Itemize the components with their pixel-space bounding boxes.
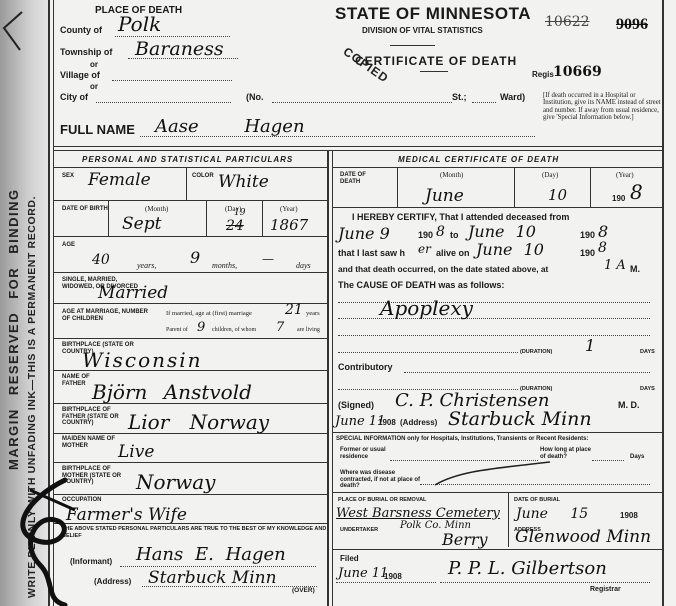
living-count: 7 <box>276 320 284 335</box>
duration-value: 1 <box>585 336 595 355</box>
death-certificate: MARGIN RESERVED FOR BINDING WRITE PLAINL… <box>0 0 676 606</box>
marriage-years-label: years <box>306 310 320 318</box>
signed-year: 1908 <box>378 418 396 427</box>
cell-divider <box>262 200 263 236</box>
color-value: White <box>218 172 269 192</box>
row-line <box>333 549 662 550</box>
cause-line-3 <box>338 335 650 336</box>
from-year: 8 <box>436 224 445 240</box>
dob-year-value: 1867 <box>270 216 308 234</box>
duration-label: (DURATION) <box>520 349 552 356</box>
father-birthplace-value: Lior Norway <box>128 410 269 434</box>
or-text-1: or <box>90 60 98 69</box>
row-line <box>333 207 662 208</box>
cause-label: The CAUSE OF DEATH was as follows: <box>338 280 504 290</box>
county-value: Polk <box>118 12 161 36</box>
dod-year-prefix: 190 <box>612 194 625 203</box>
dob-year-label: (Year) <box>280 206 298 214</box>
last-saw-pronoun: er <box>418 242 431 256</box>
children-text: children, of whom <box>212 327 256 335</box>
signature-flourish-icon <box>5 470 125 606</box>
mother-birthplace-value: Norway <box>136 470 215 494</box>
row-line <box>333 432 662 433</box>
street-line <box>272 102 452 103</box>
to-year-prefix: 190 <box>580 230 595 240</box>
mother-value: Live <box>118 442 154 462</box>
from-year-prefix: 190 <box>418 230 433 240</box>
dash-mark-icon <box>430 450 560 490</box>
last-saw-year: 8 <box>598 240 607 256</box>
burial-date-value: June 15 <box>516 506 588 522</box>
dob-label: DATE OF BIRTH <box>62 206 108 213</box>
attended-from-date: June 9 <box>338 224 390 243</box>
certify-text: I HEREBY CERTIFY, That I attended deceas… <box>352 212 569 222</box>
row-line <box>53 236 327 237</box>
margin-reserved-text: MARGIN RESERVED FOR BINDING <box>6 188 21 470</box>
burial-year: 1908 <box>620 511 638 520</box>
header-divider-2 <box>53 150 663 151</box>
dod-day-value: 10 <box>548 186 567 204</box>
how-long-days-label: Days <box>630 454 644 461</box>
street-no-label: (No. <box>246 92 264 102</box>
age-years-value: 40 <box>92 252 110 268</box>
father-birthplace-label: BIRTHPLACE OF FATHER (State or country) <box>62 407 127 427</box>
city-label: City of <box>60 92 88 102</box>
county-line <box>115 36 230 37</box>
corner-mark-icon <box>0 0 60 70</box>
county-label: County of <box>60 25 102 35</box>
marital-value: Married <box>98 283 168 303</box>
alive-on-text: alive on <box>436 248 470 258</box>
cell-divider <box>590 167 591 207</box>
dod-day-label: (Day) <box>542 172 558 180</box>
burial-place-value: West Barsness Cemetery <box>336 506 500 521</box>
signed-label: (Signed) <box>338 400 374 410</box>
cell-divider <box>108 200 109 236</box>
row-line <box>53 272 327 273</box>
dod-month-label: (Month) <box>440 172 463 180</box>
informant-value: Hans E. Hagen <box>136 544 286 565</box>
struck-file-number: 10622 <box>545 14 590 30</box>
filed-date: June 11 <box>338 566 388 581</box>
village-line <box>112 80 232 81</box>
row-line <box>53 370 327 371</box>
parent-of-text: Parent of <box>166 327 188 335</box>
md-label: M. D. <box>618 400 640 410</box>
sex-label: SEX <box>62 173 74 180</box>
column-divider-2 <box>332 150 333 606</box>
contributory-label: Contributory <box>338 362 393 372</box>
cell-divider <box>508 492 509 547</box>
sex-value: Female <box>88 170 151 190</box>
medical-heading: MEDICAL CERTIFICATE OF DEATH <box>398 155 559 164</box>
informant-line <box>120 566 316 567</box>
death-time: 1 A <box>604 258 626 273</box>
children-count: 9 <box>197 320 205 335</box>
age-months-value: 9 <box>190 248 200 267</box>
undertaker-label: UNDERTAKER <box>340 527 378 534</box>
living-text: are living <box>297 327 320 335</box>
township-label: Township of <box>60 47 112 57</box>
father-value: Björn Anstvold <box>92 380 252 404</box>
duration-days-label: DAYS <box>640 349 655 356</box>
birthplace-value: Wisconsin <box>82 348 203 372</box>
title-rule <box>390 45 435 46</box>
age-days-value: — <box>262 252 274 266</box>
city-line <box>96 102 231 103</box>
time-m-label: M. <box>630 264 640 274</box>
ward-line <box>472 102 496 103</box>
registrar-line <box>440 582 650 583</box>
days-label: days <box>296 262 311 270</box>
to-year: 8 <box>598 222 608 241</box>
hospital-note: [If death occurred in a Hospital or Inst… <box>543 92 663 121</box>
registrar-label: Registrar <box>590 586 621 593</box>
over-label: (over) <box>292 588 315 595</box>
burial-place-label: PLACE OF BURIAL OR REMOVAL <box>338 497 426 504</box>
row-line <box>53 167 327 168</box>
division-title: DIVISION OF VITAL STATISTICS <box>362 26 483 35</box>
dob-day-corrected: 19 <box>234 208 245 218</box>
dod-month-value: June <box>425 186 464 206</box>
full-name-label: FULL NAME <box>60 122 135 137</box>
cell-divider <box>514 167 515 207</box>
personal-heading: PERSONAL AND STATISTICAL PARTICULARS <box>82 155 293 164</box>
cause-value: Apoplexy <box>380 296 473 320</box>
row-line <box>53 403 327 404</box>
title-underline <box>420 71 448 72</box>
row-line <box>53 200 327 201</box>
full-name-value: Aase Hagen <box>155 116 305 137</box>
attended-to-date: June 10 <box>468 222 536 241</box>
street-label: St.; <box>452 92 467 102</box>
or-text-2: or <box>90 82 98 91</box>
marriage-age-text: If married, age at (first) marriage <box>166 310 252 318</box>
contributory-line <box>404 372 650 373</box>
right-border <box>662 0 664 606</box>
undertaker-address-value: Glenwood Minn <box>515 527 651 547</box>
row-line <box>53 433 327 434</box>
file-number: 9096 <box>616 16 648 34</box>
dob-day-value: 24 <box>226 218 244 234</box>
filed-label: Filed <box>340 554 359 563</box>
last-saw-year-prefix: 190 <box>580 248 595 258</box>
row-line <box>333 492 662 493</box>
dod-year-suffix: 8 <box>630 180 643 204</box>
dod-label: DATE OF DEATH <box>340 172 380 185</box>
village-label: Village of <box>60 70 100 80</box>
disease-contracted-label: Where was disease contracted, if not at … <box>340 470 420 490</box>
row-line <box>333 167 662 168</box>
last-saw-text: that I last saw h <box>338 248 405 258</box>
former-residence-label: Former or usual residence <box>340 447 390 460</box>
township-value: Baraness <box>135 38 224 60</box>
filed-date-line <box>336 582 436 583</box>
physician-address-value: Starbuck Minn <box>448 408 592 430</box>
color-label: COLOR <box>192 173 214 180</box>
to-label: to <box>450 230 459 240</box>
state-title: STATE OF MINNESOTA <box>335 4 531 24</box>
age-label: AGE <box>62 242 75 249</box>
years-label: years, <box>137 262 156 270</box>
marriage-age-value: 21 <box>285 302 303 318</box>
registered-no-label: Regis <box>532 70 554 79</box>
occurred-text: and that death occurred, on the date sta… <box>338 264 548 274</box>
cell-divider <box>397 167 398 207</box>
informant-address-value: Starbuck Minn <box>148 568 277 588</box>
row-line <box>53 462 327 463</box>
row-line <box>53 338 327 339</box>
dod-year-label: (Year) <box>616 172 634 180</box>
marriage-label: AGE AT MARRIAGE, NUMBER OF CHILDREN <box>62 309 157 322</box>
filed-year: 1908 <box>384 572 402 581</box>
special-info-heading: SPECIAL INFORMATION only for Hospitals, … <box>336 436 588 443</box>
physician-address-label: (Address) <box>400 418 437 427</box>
last-saw-date: June 10 <box>476 240 544 259</box>
registrar-signature: P. P. L. Gilbertson <box>448 558 607 579</box>
header-divider <box>53 146 663 147</box>
cause-line-4 <box>338 352 518 353</box>
burial-date-label: DATE OF BURIAL <box>514 497 560 504</box>
ward-label: Ward) <box>500 92 525 102</box>
months-label: months, <box>212 262 237 270</box>
contributory-days-label: DAYS <box>640 386 655 393</box>
undertaker-value: Berry <box>442 530 488 549</box>
cell-divider <box>206 200 207 236</box>
cell-divider <box>186 167 187 200</box>
registered-number: 10669 <box>553 64 602 80</box>
column-divider <box>327 150 329 606</box>
how-long-line <box>592 460 624 461</box>
dob-month-value: Sept <box>122 214 161 234</box>
dob-month-label: (Month) <box>145 206 168 214</box>
